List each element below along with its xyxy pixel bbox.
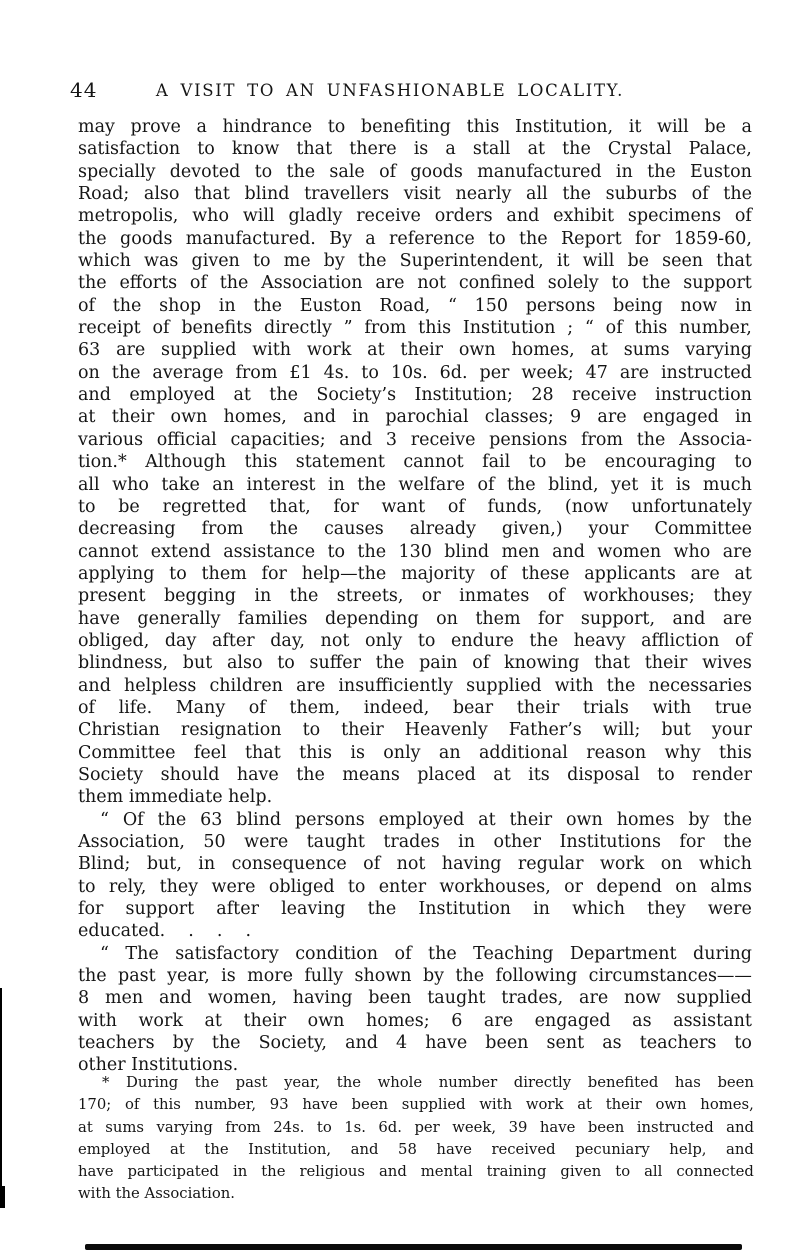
- text-line: mayproveahindrancetobenefitingthisInstit…: [78, 116, 752, 138]
- text-line: 8menandwomen,havingbeentaughttrades,aren…: [78, 987, 752, 1009]
- text-line: atsumsvaryingfrom24s.to1s.6d.perweek,39h…: [78, 1117, 754, 1139]
- text-line: withworkattheirownhomes;6areengagedasass…: [78, 1010, 752, 1032]
- text-line: attheirownhomes,andinparochialclasses;9a…: [78, 406, 752, 428]
- text-line: cannotextendassistancetothe130blindmenan…: [78, 541, 752, 563]
- text-line: oflife.Manyofthem,indeed,beartheirtrials…: [78, 697, 752, 719]
- text-line: oftheshopintheEustonRoad,“150personsbein…: [78, 295, 752, 317]
- scanned-book-page: 44 A VISIT TO AN UNFASHIONABLE LOCALITY.…: [0, 0, 798, 1251]
- text-line: haveparticipatedinthereligiousandmentalt…: [78, 1161, 754, 1183]
- text-line: metropolis,whowillgladlyreceiveordersand…: [78, 205, 752, 227]
- text-line: 63aresuppliedwithworkattheirownhomes,ats…: [78, 339, 752, 361]
- text-line: Societyshouldhavethemeansplacedatitsdisp…: [78, 764, 752, 786]
- paragraph: *Duringthepastyear,thewholenumberdirectl…: [78, 1072, 754, 1206]
- text-line: variousofficialcapacities;and3receivepen…: [78, 429, 752, 451]
- scan-artifact-left-edge: [0, 988, 2, 1190]
- text-line: whichwasgiventomebytheSuperintendent,itw…: [78, 250, 752, 272]
- running-title: A VISIT TO AN UNFASHIONABLE LOCALITY.: [156, 81, 624, 100]
- text-line: applyingtothemforhelp—themajorityofthese…: [78, 563, 752, 585]
- text-line: forsupportafterleavingtheInstitutioninwh…: [78, 898, 752, 920]
- text-line: employedattheInstitution,and58havereceiv…: [78, 1139, 754, 1161]
- text-line: presentbegginginthestreets,orinmatesofwo…: [78, 585, 752, 607]
- text-line: with the Association.: [78, 1183, 754, 1205]
- text-line: ontheaveragefrom£14s.to10s.6d.perweek;47…: [78, 362, 752, 384]
- text-block: mayproveahindrancetobenefitingthisInstit…: [78, 116, 752, 1077]
- text-line: them immediate help.: [78, 786, 752, 808]
- text-line: teachersbytheSociety,and4havebeensentast…: [78, 1032, 752, 1054]
- text-line: thepastyear,ismorefullyshownbythefollowi…: [78, 965, 752, 987]
- text-line: Committeefeelthatthisisonlyanadditionalr…: [78, 742, 752, 764]
- text-line: educated. . . .: [78, 920, 752, 942]
- paragraph: mayproveahindrancetobenefitingthisInstit…: [78, 116, 752, 809]
- footnote: *Duringthepastyear,thewholenumberdirectl…: [78, 1072, 754, 1206]
- page-header: 44 A VISIT TO AN UNFASHIONABLE LOCALITY.: [0, 76, 798, 104]
- text-line: receiptofbenefitsdirectly”fromthisInstit…: [78, 317, 752, 339]
- text-line: speciallydevotedtothesaleofgoodsmanufact…: [78, 161, 752, 183]
- text-line: tion.*Althoughthisstatementcannotfailtob…: [78, 451, 752, 473]
- text-line: “ThesatisfactoryconditionoftheTeachingDe…: [78, 943, 752, 965]
- text-line: ChristianresignationtotheirHeavenlyFathe…: [78, 719, 752, 741]
- paragraph: “Ofthe63blindpersonsemployedattheirownho…: [78, 809, 752, 943]
- scan-artifact-bottom-bar: [85, 1244, 742, 1250]
- text-line: andemployedattheSociety’sInstitution;28r…: [78, 384, 752, 406]
- text-line: *Duringthepastyear,thewholenumberdirectl…: [78, 1072, 754, 1094]
- paragraph: “ThesatisfactoryconditionoftheTeachingDe…: [78, 943, 752, 1077]
- text-line: andhelplesschildrenareinsufficientlysupp…: [78, 675, 752, 697]
- text-line: decreasingfromthecausesalreadygiven,)you…: [78, 518, 752, 540]
- text-line: “Ofthe63blindpersonsemployedattheirownho…: [78, 809, 752, 831]
- text-line: torely,theywereobligedtoenterworkhouses,…: [78, 876, 752, 898]
- page-number: 44: [70, 78, 97, 102]
- text-line: allwhotakeaninterestinthewelfareofthebli…: [78, 474, 752, 496]
- text-line: 170;ofthisnumber,93havebeensuppliedwithw…: [78, 1094, 754, 1116]
- text-line: Association,50weretaughttradesinotherIns…: [78, 831, 752, 853]
- scan-artifact-left-blob: [0, 1186, 5, 1208]
- text-line: thegoodsmanufactured.ByareferencetotheRe…: [78, 228, 752, 250]
- text-line: satisfactiontoknowthatthereisastallatthe…: [78, 138, 752, 160]
- text-line: blindness,butalsotosufferthepainofknowin…: [78, 652, 752, 674]
- text-line: havegenerallyfamiliesdependingonthemfors…: [78, 608, 752, 630]
- text-line: Road;alsothatblindtravellersvisitnearlya…: [78, 183, 752, 205]
- text-line: toberegrettedthat,forwantoffunds,(nowunf…: [78, 496, 752, 518]
- text-line: theeffortsoftheAssociationarenotconfined…: [78, 272, 752, 294]
- text-line: Blind;but,inconsequenceofnothavingregula…: [78, 853, 752, 875]
- text-line: obliged,dayafterday,notonlytoendurethehe…: [78, 630, 752, 652]
